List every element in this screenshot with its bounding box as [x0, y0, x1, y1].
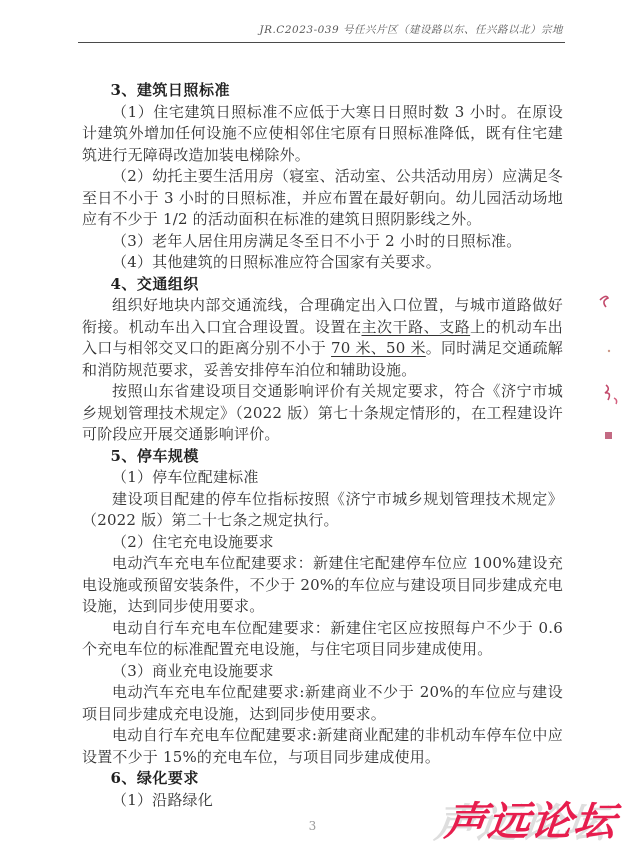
text-run: 建设项目配建的停车位指标按照《济宁市城乡规划管理技术规定》（2022 版）第二十… [82, 490, 563, 530]
paragraph: 电动自行车充电车位配建要求：新建住宅区应按照每户不少于 0.6 个充电车位的标准… [82, 618, 563, 661]
paragraph: 电动汽车充电车位配建要求：新建住宅配建停车位应 100%建设充电设施或预留安装条… [82, 553, 563, 618]
text-run: （4）其他建筑的日照标准应符合国家有关要求。 [112, 253, 441, 271]
text-run: 电动汽车充电车位配建要求:新建商业不少于 20%的车位应与建设项目同步建成充电设… [82, 683, 563, 723]
text-run: （2）幼托主要生活用房（寝室、活动室、公共活动用房）应满足冬至日不小于 3 小时… [82, 167, 563, 228]
paragraph: 电动汽车充电车位配建要求:新建商业不少于 20%的车位应与建设项目同步建成充电设… [82, 682, 563, 725]
pen-mark [605, 385, 609, 400]
underlined-text: 主次干路、支路 [361, 318, 470, 336]
text-run: 电动汽车充电车位配建要求：新建住宅配建停车位应 100%建设充电设施或预留安装条… [82, 554, 563, 615]
paragraph: 按照山东省建设项目交通影响评价有关规定要求，符合《济宁市城乡规划管理技术规定》（… [82, 381, 563, 446]
text-run: （3）商业充电设施要求 [112, 662, 274, 680]
pen-mark [608, 350, 610, 352]
text-run: 按照山东省建设项目交通影响评价有关规定要求，符合《济宁市城乡规划管理技术规定》（… [82, 382, 563, 443]
document-page: JR.C2023-039 号任兴片区（建设路以东、任兴路以北）宗地 3、建筑日照… [0, 0, 625, 855]
text-run: 电动自行车充电车位配建要求:新建商业配建的非机动车停车位中应设置不少于 15%的… [82, 726, 563, 766]
section-heading: 5、停车规模 [82, 446, 563, 468]
pen-mark [600, 296, 608, 307]
pen-mark [605, 432, 612, 439]
paragraph: （2）住宅充电设施要求 [82, 532, 563, 554]
paragraph: （1）住宅建筑日照标准不应低于大寒日日照时数 3 小时。在原设计建筑外增加任何设… [82, 102, 563, 167]
document-body: 3、建筑日照标准（1）住宅建筑日照标准不应低于大寒日日照时数 3 小时。在原设计… [82, 80, 563, 811]
paragraph: 组织好地块内部交通流线，合理确定出入口位置，与城市道路做好衔接。机动车出入口宜合… [82, 295, 563, 381]
underlined-text: 70 米、50 米 [331, 339, 426, 357]
text-run: （1）沿路绿化 [112, 791, 213, 809]
paragraph: 建设项目配建的停车位指标按照《济宁市城乡规划管理技术规定》（2022 版）第二十… [82, 489, 563, 532]
section-heading: 6、绿化要求 [82, 768, 563, 790]
paragraph: 电动自行车充电车位配建要求:新建商业配建的非机动车停车位中应设置不少于 15%的… [82, 725, 563, 768]
paragraph: （4）其他建筑的日照标准应符合国家有关要求。 [82, 252, 563, 274]
header-project-title: JR.C2023-039 号任兴片区（建设路以东、任兴路以北）宗地 [78, 22, 565, 37]
text-run: （2）住宅充电设施要求 [112, 533, 274, 551]
paragraph: （1）停车位配建标准 [82, 467, 563, 489]
text-run: 电动自行车充电车位配建要求：新建住宅区应按照每户不少于 0.6 个充电车位的标准… [82, 619, 563, 659]
header-rule [78, 42, 565, 43]
paragraph: （3）老年人居住用房满足冬至日不小于 2 小时的日照标准。 [82, 231, 563, 253]
paragraph: （2）幼托主要生活用房（寝室、活动室、公共活动用房）应满足冬至日不小于 3 小时… [82, 166, 563, 231]
section-heading: 3、建筑日照标准 [82, 80, 563, 102]
pen-mark [614, 398, 617, 404]
section-heading: 4、交通组织 [82, 274, 563, 296]
text-run: （1）住宅建筑日照标准不应低于大寒日日照时数 3 小时。在原设计建筑外增加任何设… [82, 103, 563, 164]
paragraph: （3）商业充电设施要求 [82, 661, 563, 683]
text-run: （3）老年人居住用房满足冬至日不小于 2 小时的日照标准。 [112, 232, 521, 250]
text-run: （1）停车位配建标准 [112, 468, 259, 486]
watermark-logo: 声远论坛 [442, 791, 620, 848]
page-header: JR.C2023-039 号任兴片区（建设路以东、任兴路以北）宗地 [78, 22, 565, 43]
